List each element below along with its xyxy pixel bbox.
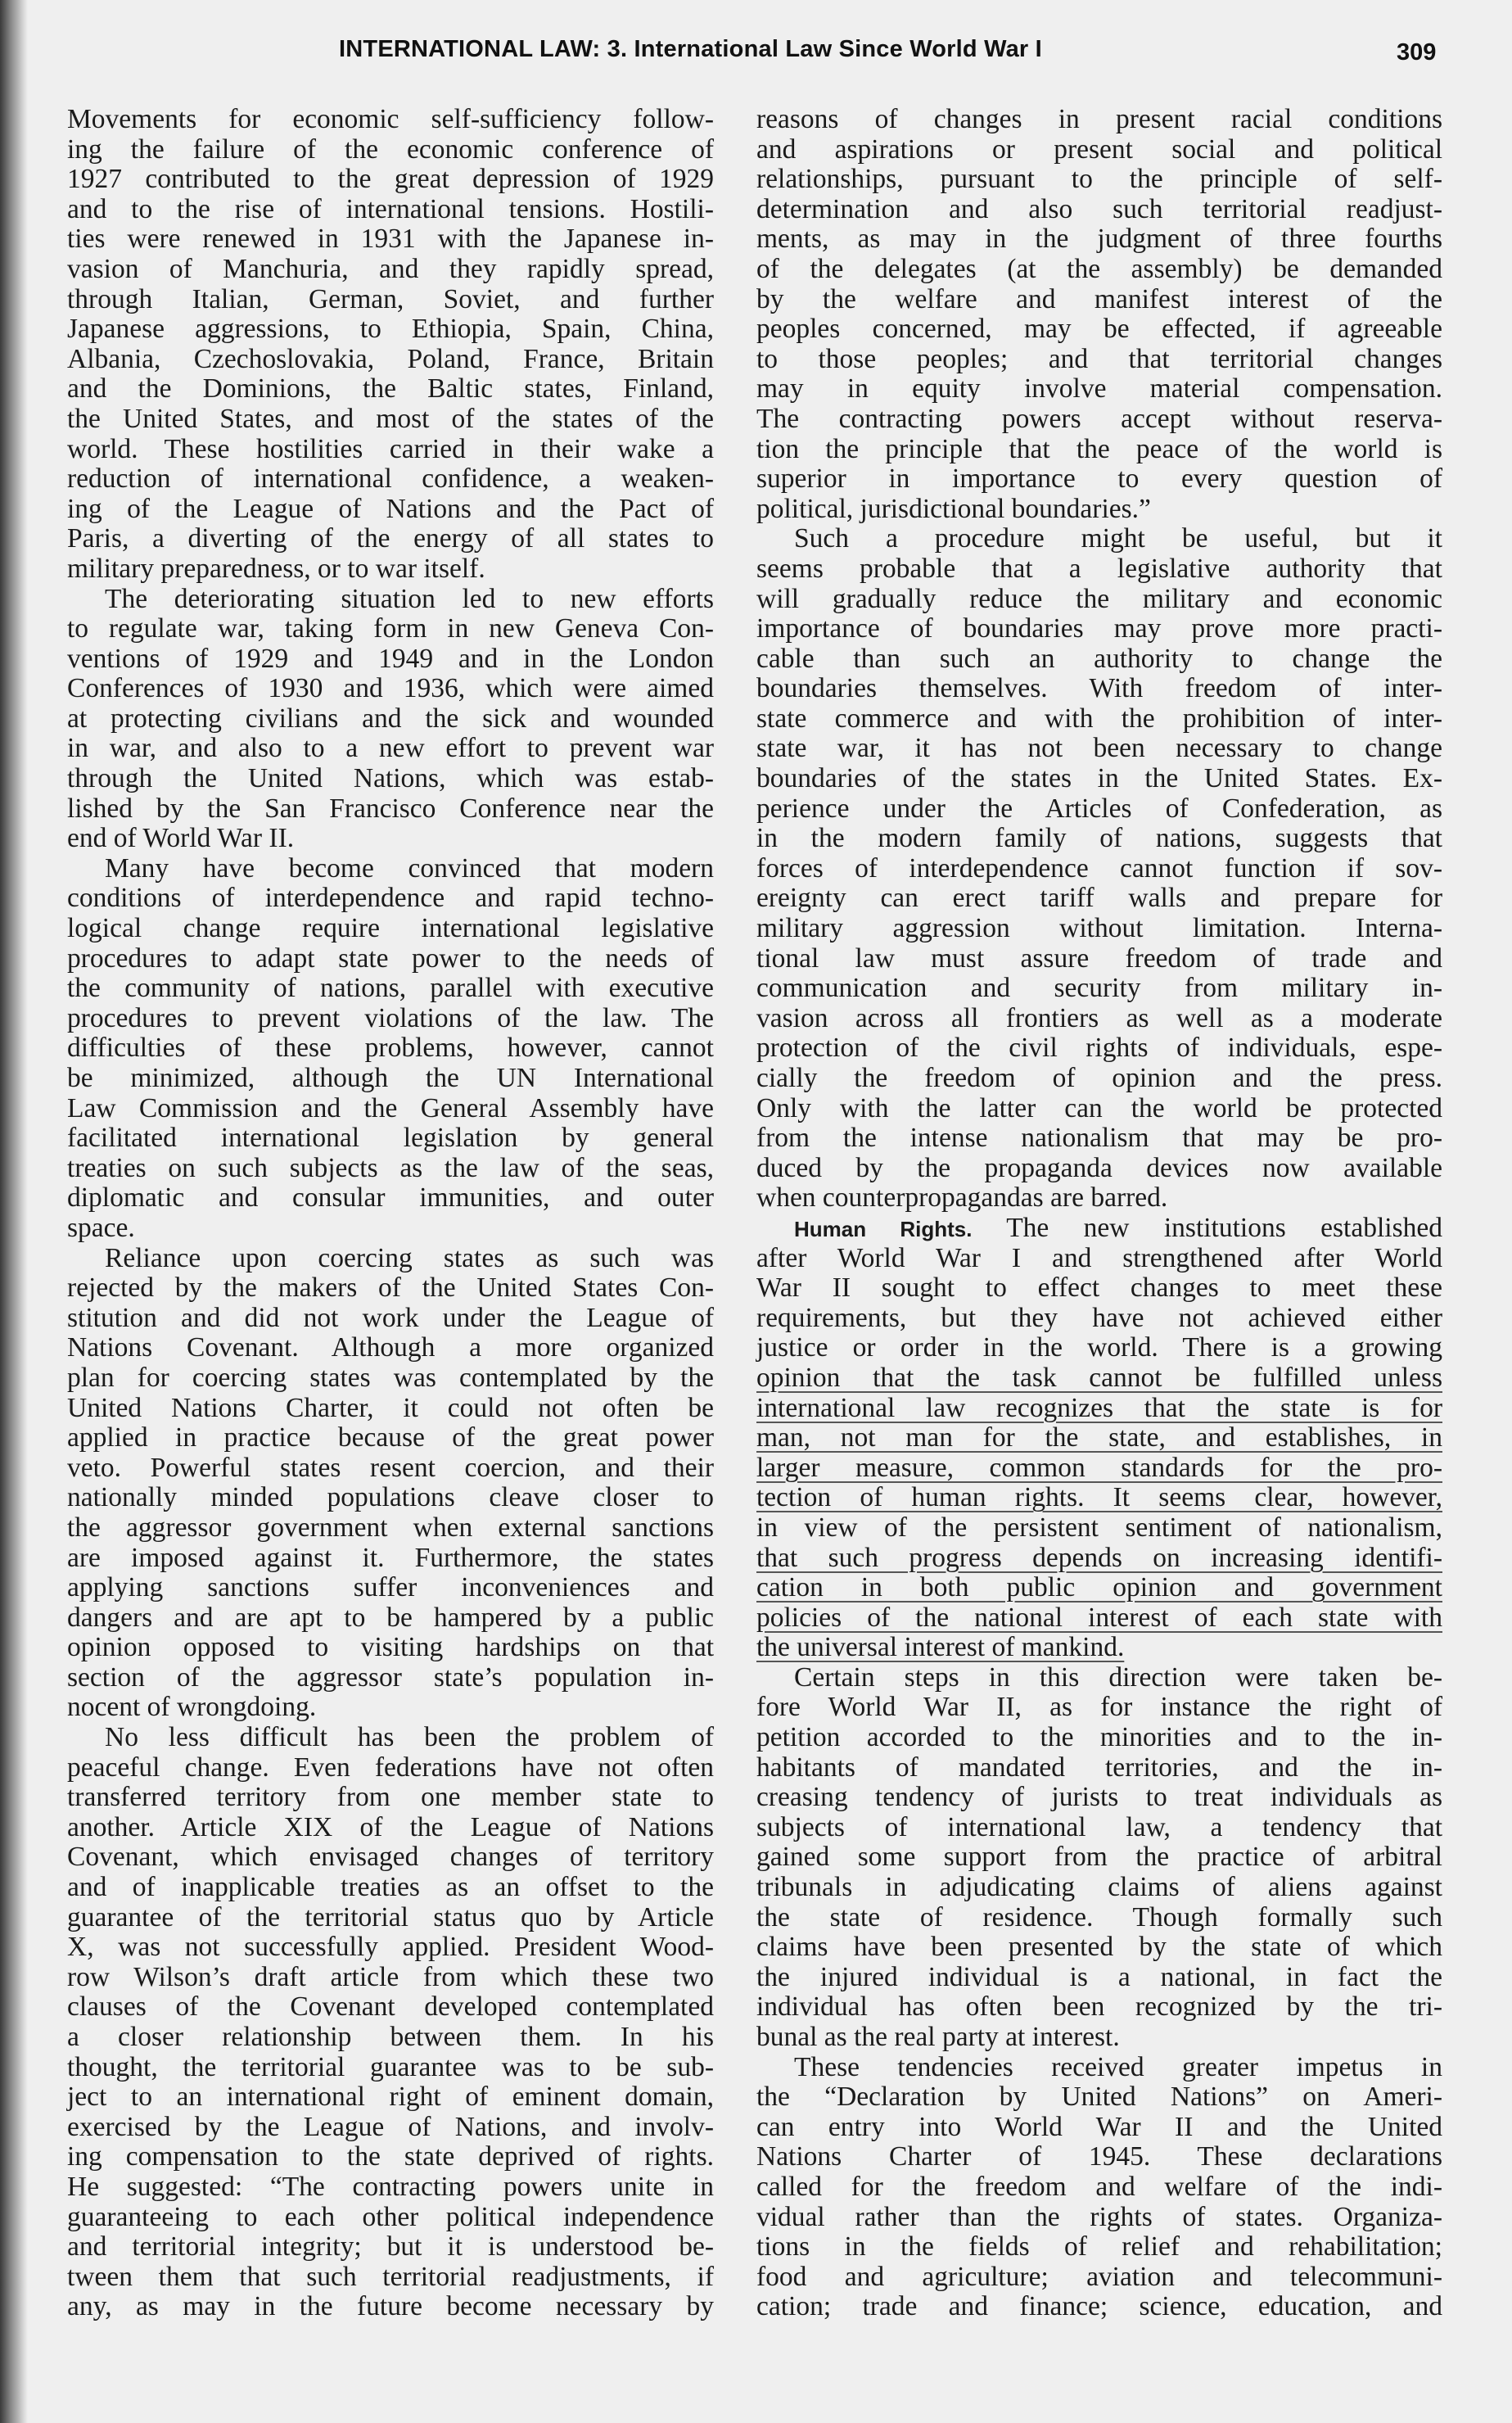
text-line: by the welfare and manifest interest of … <box>756 285 1442 315</box>
underlined-text-line: larger measure, common standards for the… <box>756 1453 1442 1484</box>
text-line: plan for coercing states was contemplate… <box>67 1363 714 1394</box>
text-line: ject to an international right of eminen… <box>67 2082 714 2113</box>
text-line: guaranteeing to each other political ind… <box>67 2203 714 2233</box>
text-line: ing compensation to the state deprived o… <box>67 2142 714 2172</box>
text-line: The contracting powers accept without re… <box>756 405 1442 435</box>
text-line: ing the failure of the economic conferen… <box>67 135 714 165</box>
text-line: and to the rise of international tension… <box>67 195 714 225</box>
text-line: reduction of international confidence, a… <box>67 464 714 495</box>
text-line: He suggested: “The contracting powers un… <box>67 2172 714 2203</box>
text-line: end of World War II. <box>67 824 714 854</box>
underlined-text-line: tection of human rights. It seems clear,… <box>756 1483 1442 1513</box>
text-line: These tendencies received greater impetu… <box>756 2053 1442 2083</box>
right-column: reasons of changes in present racial con… <box>756 105 1442 2322</box>
text-line: Only with the latter can the world be pr… <box>756 1094 1442 1124</box>
text-line: justice or order in the world. There is … <box>756 1333 1442 1363</box>
text-line: gained some support from the practice of… <box>756 1842 1442 1873</box>
text-line: to those peoples; and that territorial c… <box>756 345 1442 375</box>
text-line: when counterpropagandas are barred. <box>756 1183 1442 1214</box>
text-line: protection of the civil rights of indivi… <box>756 1033 1442 1064</box>
text-line: from the intense nationalism that may be… <box>756 1123 1442 1154</box>
text-line: be minimized, although the UN Internatio… <box>67 1064 714 1094</box>
text-line: the injured individual is a national, in… <box>756 1963 1442 1993</box>
text-line: thought, the territorial guarantee was t… <box>67 2053 714 2083</box>
text-line: The deteriorating situation led to new e… <box>67 585 714 615</box>
text-line: seems probable that a legislative author… <box>756 554 1442 585</box>
left-column: Movements for economic self-sufficiency … <box>67 105 714 2322</box>
text-line: applying sanctions suffer inconveniences… <box>67 1573 714 1603</box>
book-spine-shadow <box>0 0 28 2423</box>
text-line: Covenant, which envisaged changes of ter… <box>67 1842 714 1873</box>
text-line: and territorial integrity; but it is und… <box>67 2232 714 2263</box>
text-line: fore World War II, as for instance the r… <box>756 1693 1442 1723</box>
text-line: state war, it has not been necessary to … <box>756 734 1442 764</box>
text-line: importance of boundaries may prove more … <box>756 614 1442 644</box>
text-line: tion the principle that the peace of the… <box>756 435 1442 465</box>
text-line: transferred territory from one member st… <box>67 1783 714 1813</box>
page-header: INTERNATIONAL LAW: 3. International Law … <box>0 31 1512 72</box>
underlined-text-line: opinion that the task cannot be fulfille… <box>756 1363 1442 1394</box>
underlined-text-line: cation in both public opinion and govern… <box>756 1573 1442 1603</box>
text-line: of the delegates (at the assembly) be de… <box>756 255 1442 285</box>
text-line: claims have been presented by the state … <box>756 1933 1442 1963</box>
text-line: Albania, Czechoslovakia, Poland, France,… <box>67 345 714 375</box>
running-head: INTERNATIONAL LAW: 3. International Law … <box>339 36 1042 63</box>
text-line: ventions of 1929 and 1949 and in the Lon… <box>67 644 714 675</box>
text-line: in war, and also to a new effort to prev… <box>67 734 714 764</box>
text-line: lished by the San Francisco Conference n… <box>67 794 714 825</box>
text-line: 1927 contributed to the great depression… <box>67 165 714 195</box>
text-line: space. <box>67 1214 714 1244</box>
text-line: Movements for economic self-sufficiency … <box>67 105 714 135</box>
text-line: cable than such an authority to change t… <box>756 644 1442 675</box>
underlined-text-line: international law recognizes that the st… <box>756 1394 1442 1424</box>
text-line: and of inapplicable treaties as an offse… <box>67 1873 714 1903</box>
text-line: dangers and are apt to be hampered by a … <box>67 1603 714 1634</box>
text-line: ments, as may in the judgment of three f… <box>756 224 1442 255</box>
text-line: tribunals in adjudicating claims of alie… <box>756 1873 1442 1903</box>
text-line: perience under the Articles of Confedera… <box>756 794 1442 825</box>
text-line: vasion across all frontiers as well as a… <box>756 1004 1442 1034</box>
text-line: cation; trade and finance; science, educ… <box>756 2292 1442 2322</box>
text-line: called for the freedom and welfare of th… <box>756 2172 1442 2203</box>
text-line: boundaries themselves. With freedom of i… <box>756 674 1442 704</box>
text-line: will gradually reduce the military and e… <box>756 585 1442 615</box>
text-line: Human Rights. The new institutions estab… <box>756 1214 1442 1244</box>
text-line: procedures to adapt state power to the n… <box>67 944 714 974</box>
text-line: veto. Powerful states resent coercion, a… <box>67 1453 714 1484</box>
text-line: at protecting civilians and the sick and… <box>67 704 714 735</box>
text-line: clauses of the Covenant developed contem… <box>67 1992 714 2023</box>
text-line: diplomatic and consular immunities, and … <box>67 1183 714 1214</box>
text-line: and the Dominions, the Baltic states, Fi… <box>67 374 714 405</box>
text-line: conditions of interdependence and rapid … <box>67 884 714 914</box>
text-line: vasion of Manchuria, and they rapidly sp… <box>67 255 714 285</box>
text-line: nationally minded populations cleave clo… <box>67 1483 714 1513</box>
text-line: to regulate war, taking form in new Gene… <box>67 614 714 644</box>
text-line: ties were renewed in 1931 with the Japan… <box>67 224 714 255</box>
text-line: opinion opposed to visiting hardships on… <box>67 1633 714 1663</box>
text-line: nocent of wrongdoing. <box>67 1693 714 1723</box>
text-line: in the modern family of nations, suggest… <box>756 824 1442 854</box>
text-line: military preparedness, or to war itself. <box>67 554 714 585</box>
section-heading-human-rights: Human Rights. <box>794 1217 972 1241</box>
text-line: Many have become convinced that modern <box>67 854 714 884</box>
text-line: facilitated international legislation by… <box>67 1123 714 1154</box>
text-line: United Nations Charter, it could not oft… <box>67 1394 714 1424</box>
text-line: the “Declaration by United Nations” on A… <box>756 2082 1442 2113</box>
text-line: peoples concerned, may be effected, if a… <box>756 314 1442 345</box>
text-line: through Italian, German, Soviet, and fur… <box>67 285 714 315</box>
text-line: Paris, a diverting of the energy of all … <box>67 524 714 554</box>
text-line: the community of nations, parallel with … <box>67 974 714 1004</box>
text-line: the state of residence. Though formally … <box>756 1903 1442 1933</box>
text-line: creasing tendency of jurists to treat in… <box>756 1783 1442 1813</box>
text-line: War II sought to effect changes to meet … <box>756 1273 1442 1304</box>
text-line: individual has often been recognized by … <box>756 1992 1442 2023</box>
text-line: requirements, but they have not achieved… <box>756 1304 1442 1334</box>
underlined-text-line: that such progress depends on increasing… <box>756 1544 1442 1574</box>
text-line: habitants of mandated territories, and t… <box>756 1753 1442 1783</box>
text-line: ereignty can erect tariff walls and prep… <box>756 884 1442 914</box>
text-line: forces of interdependence cannot functio… <box>756 854 1442 884</box>
text-line: Japanese aggressions, to Ethiopia, Spain… <box>67 314 714 345</box>
text-line: Such a procedure might be useful, but it <box>756 524 1442 554</box>
text-line: after World War I and strengthened after… <box>756 1244 1442 1274</box>
underlined-text-line: the universal interest of mankind. <box>756 1633 1442 1663</box>
text-line: section of the aggressor state’s populat… <box>67 1663 714 1693</box>
text-line: food and agriculture; aviation and telec… <box>756 2263 1442 2293</box>
text-line: petition accorded to the minorities and … <box>756 1723 1442 1753</box>
text-line: Certain steps in this direction were tak… <box>756 1663 1442 1693</box>
text-line: vidual rather than the rights of states.… <box>756 2203 1442 2233</box>
text-line: rejected by the makers of the United Sta… <box>67 1273 714 1304</box>
text-line: communication and security from military… <box>756 974 1442 1004</box>
text-line: through the United Nations, which was es… <box>67 764 714 794</box>
text-line: determination and also such territorial … <box>756 195 1442 225</box>
text-line: superior in importance to every question… <box>756 464 1442 495</box>
text-line: may in equity involve material compensat… <box>756 374 1442 405</box>
text-line: military aggression without limitation. … <box>756 914 1442 944</box>
text-line: reasons of changes in present racial con… <box>756 105 1442 135</box>
text-line: row Wilson’s draft article from which th… <box>67 1963 714 1993</box>
text-line: any, as may in the future become necessa… <box>67 2292 714 2322</box>
text-line: subjects of international law, a tendenc… <box>756 1813 1442 1843</box>
text-line: Nations Charter of 1945. These declarati… <box>756 2142 1442 2172</box>
text-line: procedures to prevent violations of the … <box>67 1004 714 1034</box>
text-line: bunal as the real party at interest. <box>756 2023 1442 2053</box>
text-line: another. Article XIX of the League of Na… <box>67 1813 714 1843</box>
text-line: world. These hostilities carried in thei… <box>67 435 714 465</box>
text-line: logical change require international leg… <box>67 914 714 944</box>
text-line-body: The new institutions established <box>1006 1213 1442 1243</box>
text-line: peaceful change. Even federations have n… <box>67 1753 714 1783</box>
underlined-text-line: policies of the national interest of eac… <box>756 1603 1442 1634</box>
text-line: relationships, pursuant to the principle… <box>756 165 1442 195</box>
text-line: Conferences of 1930 and 1936, which were… <box>67 674 714 704</box>
text-line: ing of the League of Nations and the Pac… <box>67 495 714 525</box>
text-line: applied in practice because of the great… <box>67 1423 714 1453</box>
text-line: cially the freedom of opinion and the pr… <box>756 1064 1442 1094</box>
text-line: a closer relationship between them. In h… <box>67 2023 714 2053</box>
text-line: No less difficult has been the problem o… <box>67 1723 714 1753</box>
text-line: stitution and did not work under the Lea… <box>67 1304 714 1334</box>
text-line: are imposed against it. Furthermore, the… <box>67 1544 714 1574</box>
text-line: the United States, and most of the state… <box>67 405 714 435</box>
text-line: can entry into World War II and the Unit… <box>756 2113 1442 2143</box>
text-line: the aggressor government when external s… <box>67 1513 714 1544</box>
page-number: 309 <box>1397 39 1436 66</box>
text-line: political, jurisdictional boundaries.” <box>756 495 1442 525</box>
text-line: and aspirations or present social and po… <box>756 135 1442 165</box>
text-line: boundaries of the states in the United S… <box>756 764 1442 794</box>
underlined-text-line: man, not man for the state, and establis… <box>756 1423 1442 1453</box>
text-line: X, was not successfully applied. Preside… <box>67 1933 714 1963</box>
text-line: treaties on such subjects as the law of … <box>67 1154 714 1184</box>
text-line: Reliance upon coercing states as such wa… <box>67 1244 714 1274</box>
text-line: Nations Covenant. Although a more organi… <box>67 1333 714 1363</box>
text-line: exercised by the League of Nations, and … <box>67 2113 714 2143</box>
text-line: tional law must assure freedom of trade … <box>756 944 1442 974</box>
text-line: tween them that such territorial readjus… <box>67 2263 714 2293</box>
text-line: Law Commission and the General Assembly … <box>67 1094 714 1124</box>
text-line: in view of the persistent sentiment of n… <box>756 1513 1442 1544</box>
text-line: duced by the propaganda devices now avai… <box>756 1154 1442 1184</box>
text-line: difficulties of these problems, however,… <box>67 1033 714 1064</box>
text-line: tions in the fields of relief and rehabi… <box>756 2232 1442 2263</box>
text-line: guarantee of the territorial status quo … <box>67 1903 714 1933</box>
text-line: state commerce and with the prohibition … <box>756 704 1442 735</box>
